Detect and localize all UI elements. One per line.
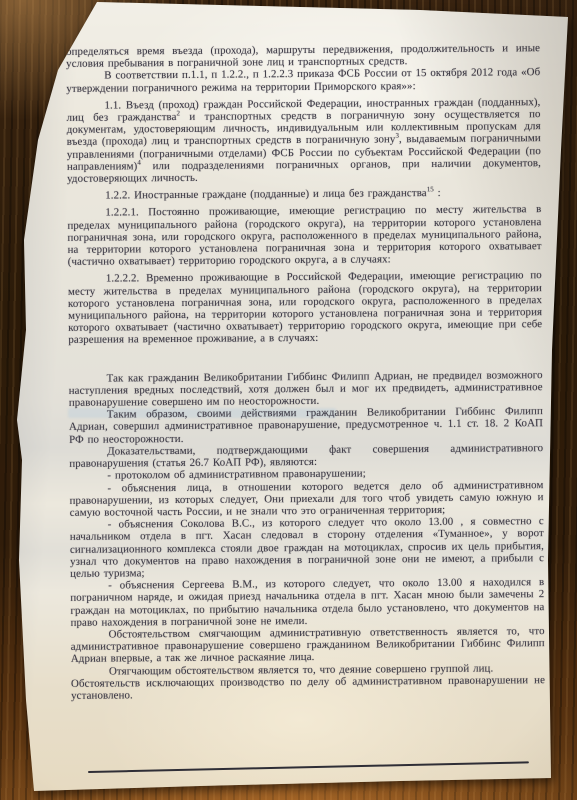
paragraph-offense-qualification: Таким образом, своими действиями граждан… (69, 405, 543, 445)
paragraph-fsb-order-reference: В соответствии п.1.1, п 1.2.2., п 1.2.2.… (66, 67, 540, 95)
paragraph-negligence: Так как гражданин Великобритании Гиббинс… (69, 369, 543, 409)
paragraph-1-1: 1.1. Въезд (проход) граждан Российской Ф… (66, 96, 541, 185)
document-paper-wrap: определяться время въезда (прохода), мар… (0, 0, 577, 800)
paragraph-mitigating: Обстоятельством смягчающим административ… (71, 625, 545, 665)
footnote-superscript: 3 (395, 132, 399, 140)
photo-of-document: определяться время въезда (прохода), мар… (0, 0, 577, 800)
footnote-superscript: 15 (427, 186, 434, 194)
footnote-superscript: 2 (177, 109, 181, 117)
list-item-explanation-sergeev: - объяснения Сергеева В.М., из которого … (70, 576, 544, 629)
list-item-explanation-person: - объяснения лица, в отношении которого … (69, 479, 543, 519)
paragraph-1-2-2: 1.2.2. Иностранные граждане (подданные) … (67, 186, 541, 202)
paragraph-evidence-intro: Доказательствами, подтверждающими факт с… (69, 442, 543, 470)
footnote-superscript: 4 (137, 158, 141, 166)
list-item-explanation-sokolov: - объяснения Соколова В.С., из которого … (70, 515, 544, 580)
paragraph-1-2-2-1: 1.2.2.1. Постоянно проживающие, имеющие … (67, 204, 541, 269)
document-paper: определяться время въезда (прохода), мар… (0, 0, 577, 800)
paragraph-1-2-2-2: 1.2.2.2. Временно проживающие в Российск… (68, 270, 543, 347)
document-text: определяться время въезда (прохода), мар… (66, 42, 546, 778)
paragraph-no-exclusions: Обстоятельств исключающих производство п… (71, 674, 545, 702)
